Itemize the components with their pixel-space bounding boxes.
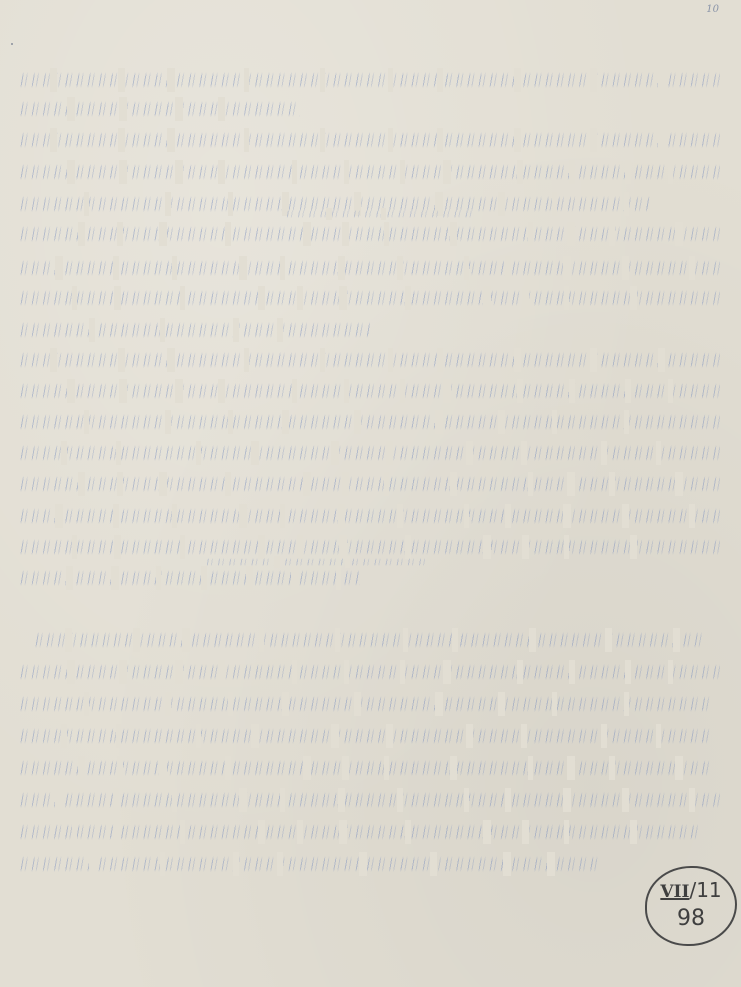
handwritten-line: [illegible handwriting] <box>20 472 720 496</box>
manuscript-page: 10 [illegible handwriting][illegible han… <box>0 0 741 987</box>
pencil-script <box>20 414 720 430</box>
handwritten-line: [illegible handwriting] <box>20 348 720 372</box>
pencil-script <box>20 792 720 808</box>
handwritten-line: [illegible handwriting] <box>20 660 720 684</box>
handwritten-line: [illegible handwriting] <box>20 256 720 280</box>
stamp-sheet-number: 98 <box>647 906 735 931</box>
handwritten-line: [illegible handwriting] <box>20 379 720 403</box>
pencil-script <box>285 210 475 218</box>
stamp-roman-numeral: VII <box>660 882 689 902</box>
handwritten-line: [illegible handwriting] <box>20 286 720 310</box>
handwritten-line: [illegible handwriting] 1916 [illegible … <box>35 628 705 652</box>
pencil-script <box>20 72 720 88</box>
pencil-script <box>20 539 720 555</box>
stamp-folder-number: /11 <box>689 878 721 902</box>
pencil-script <box>20 101 300 117</box>
pencil-script <box>20 352 720 368</box>
archive-stamp: VII/11 98 <box>645 866 737 946</box>
handwritten-line: [illegible handwriting] <box>20 724 710 748</box>
stamp-top: VII/11 <box>647 878 735 902</box>
handwritten-line: [illegible handwriting] <box>20 820 700 844</box>
pencil-script <box>20 856 600 872</box>
pencil-script <box>20 290 720 306</box>
handwritten-line: [illegible handwriting] <box>20 160 720 184</box>
pencil-script <box>20 476 720 492</box>
pencil-script <box>20 824 700 840</box>
handwritten-line: [illegible handwriting] <box>20 441 720 465</box>
interlinear-insertion: [illegible interlinear insertion] <box>285 208 475 220</box>
pencil-script <box>20 760 710 776</box>
pencil-script <box>20 260 720 276</box>
handwritten-line: [illegible handwriting] <box>20 852 600 876</box>
pencil-script <box>20 508 720 524</box>
handwritten-line: [illegible handwriting] <box>20 504 720 528</box>
handwritten-line: [illegible handwriting] <box>20 68 720 92</box>
page-number: 10 <box>706 4 719 15</box>
pencil-script <box>20 696 710 712</box>
handwritten-line: [illegible handwriting] <box>20 692 710 716</box>
paper-mark <box>11 43 13 45</box>
pencil-script <box>20 226 720 242</box>
pencil-script <box>20 322 370 338</box>
pencil-script <box>20 132 720 148</box>
handwritten-line: [illegible handwriting] <box>20 410 720 434</box>
handwritten-line: [illegible handwriting] <box>20 566 360 590</box>
handwritten-line: [illegible handwriting] <box>20 222 720 246</box>
handwritten-line: [illegible handwriting] <box>20 97 300 121</box>
pencil-script <box>205 558 425 566</box>
handwritten-line: [illegible handwriting] <box>20 128 720 152</box>
handwritten-line: [illegible handwriting] <box>20 318 370 342</box>
handwritten-line: [illegible handwriting] <box>20 756 710 780</box>
pencil-script <box>20 445 720 461</box>
handwritten-line: [illegible handwriting] <box>20 788 720 812</box>
